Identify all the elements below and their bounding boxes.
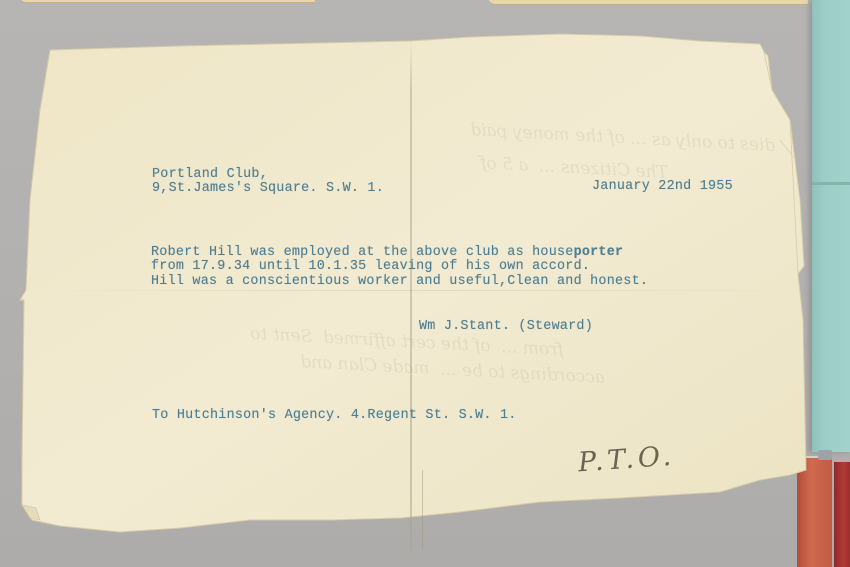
- body-line-1: Robert Hill was employed at the above cl…: [151, 246, 623, 260]
- body-line-1-text: Robert Hill was employed at the above cl…: [151, 245, 574, 260]
- vertical-fold-crease: [422, 470, 423, 550]
- body-line-2: from 17.9.34 until 10.1.35 leaving of hi…: [151, 260, 590, 274]
- letter: dies to only as ... of the money paid Th…: [0, 0, 850, 567]
- letterhead-club-name: Portland Club,: [152, 168, 268, 182]
- letter-date: January 22nd 1955: [592, 180, 733, 194]
- vertical-fold: [410, 40, 412, 550]
- body-line-3: Hill was a conscientious worker and usef…: [151, 275, 648, 289]
- addressee-line: To Hutchinson's Agency. 4.Regent St. S.W…: [152, 409, 517, 423]
- body-line-1-overtyped-word: porter: [574, 245, 624, 260]
- letterhead-address: 9,St.James's Square. S.W. 1.: [152, 182, 384, 196]
- signature-line: Wm J.Stant. (Steward): [419, 320, 593, 334]
- horizontal-fold: [30, 290, 800, 291]
